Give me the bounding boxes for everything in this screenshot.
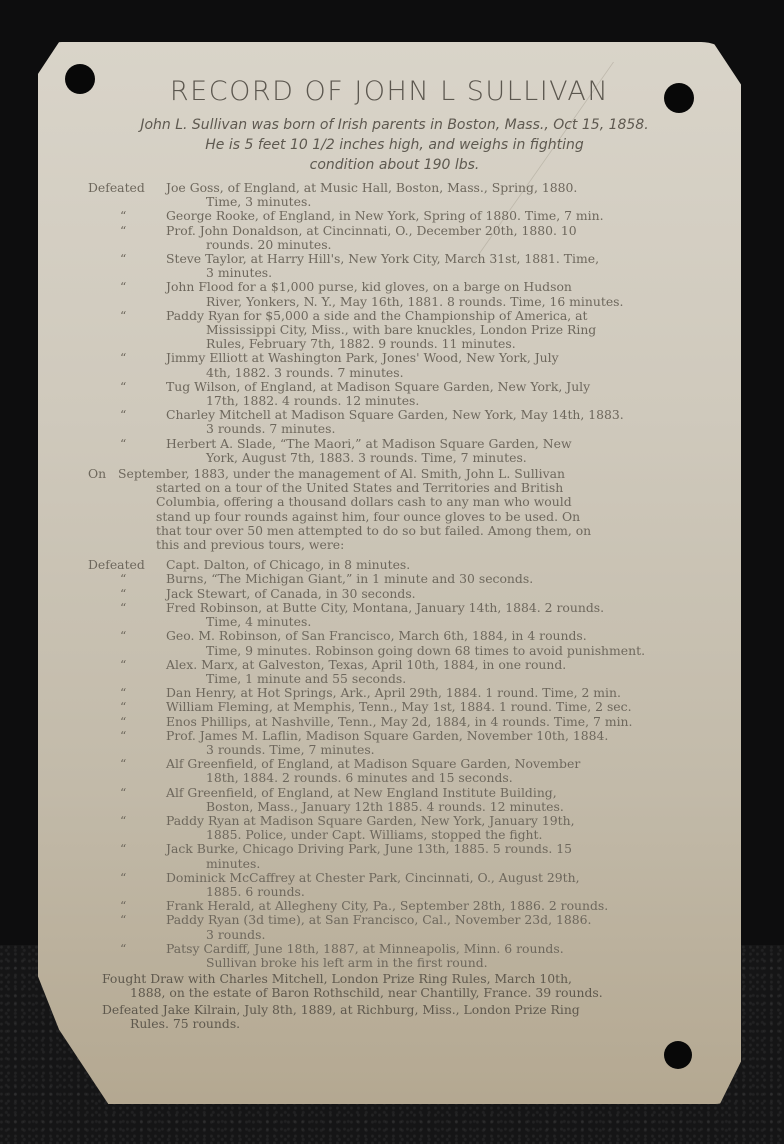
fight-line: Prof. James M. Laflin, Madison Square Ga… <box>166 728 608 743</box>
ditto-mark: “ <box>88 700 166 714</box>
fight-line: Dominick McCaffrey at Chester Park, Cinc… <box>166 870 580 885</box>
fight-line: Alf Greenfield, of England, at New Engla… <box>166 785 557 800</box>
fight-line-cont: York, August 7th, 1883. 3 rounds. Time, … <box>166 451 702 465</box>
fight-entry: “ Jimmy Elliott at Washington Park, Jone… <box>88 351 702 379</box>
ditto-mark: “ <box>88 587 166 601</box>
fight-entry: “ Fred Robinson, at Butte City, Montana,… <box>88 601 702 629</box>
fight-line-cont: Time, 4 minutes. <box>166 615 702 629</box>
fight-line-cont: Time, 1 minute and 55 seconds. <box>166 672 702 686</box>
fight-line: Prof. John Donaldson, at Cincinnati, O.,… <box>166 223 577 238</box>
fight-line-cont: 4th, 1882. 3 rounds. 7 minutes. <box>166 366 702 380</box>
ditto-mark: “ <box>88 842 166 856</box>
fight-line: George Rooke, of England, in New York, S… <box>166 208 604 223</box>
fight-entry: “ Paddy Ryan for $5,000 a side and the C… <box>88 309 702 352</box>
fight-line-cont: 3 rounds. <box>166 928 702 942</box>
draw-line-cont: 1888, on the estate of Baron Rothschild,… <box>102 986 702 1000</box>
fight-line: Alex. Marx, at Galveston, Texas, April 1… <box>166 657 566 672</box>
fight-line-cont: Sullivan broke his left arm in the first… <box>166 956 702 970</box>
fight-entry: “ Frank Herald, at Allegheny City, Pa., … <box>88 899 702 913</box>
record-card: RECORD OF JOHN L SULLIVAN John L. Sulliv… <box>38 42 741 1104</box>
fight-entry: “ Prof. John Donaldson, at Cincinnati, O… <box>88 224 702 252</box>
fight-line: Capt. Dalton, of Chicago, in 8 minutes. <box>166 557 410 572</box>
fight-line: Dan Henry, at Hot Springs, Ark., April 2… <box>166 685 621 700</box>
fight-line-cont: 1885. Police, under Capt. Williams, stop… <box>166 828 702 842</box>
intro-line: John L. Sullivan was born of Irish paren… <box>78 115 711 135</box>
fight-line-cont: rounds. 20 minutes. <box>166 238 702 252</box>
paragraph-line: that tour over 50 men attempted to do so… <box>118 524 702 538</box>
ditto-mark: “ <box>88 658 166 672</box>
paragraph-lead: On <box>88 467 118 481</box>
fight-line: Tug Wilson, of England, at Madison Squar… <box>166 379 590 394</box>
ditto-mark: “ <box>88 786 166 800</box>
fight-entry: “ Paddy Ryan (3d time), at San Francisco… <box>88 913 702 941</box>
fight-entry: “ Prof. James M. Laflin, Madison Square … <box>88 729 702 757</box>
fight-entry: “ Charley Mitchell at Madison Square Gar… <box>88 408 702 436</box>
paragraph-line: this and previous tours, were: <box>118 538 702 552</box>
fight-line-cont: 17th, 1882. 4 rounds. 12 minutes. <box>166 394 702 408</box>
ditto-mark: “ <box>88 729 166 743</box>
fight-line: Enos Phillips, at Nashville, Tenn., May … <box>166 714 632 729</box>
fight-entry: “ Dan Henry, at Hot Springs, Ark., April… <box>88 686 702 700</box>
fight-entry: “ William Fleming, at Memphis, Tenn., Ma… <box>88 700 702 714</box>
fight-line-cont: 1885. 6 rounds. <box>166 885 702 899</box>
fight-line: Paddy Ryan at Madison Square Garden, New… <box>166 813 575 828</box>
intro-text: John L. Sullivan was born of Irish paren… <box>78 115 711 175</box>
tour-paragraph: On September, 1883, under the management… <box>88 467 702 552</box>
fight-line-cont: Mississippi City, Miss., with bare knuck… <box>166 323 702 337</box>
fight-entry: “ Alex. Marx, at Galveston, Texas, April… <box>88 658 702 686</box>
fight-line-cont: minutes. <box>166 857 702 871</box>
ditto-mark: “ <box>88 942 166 956</box>
fight-line: Charley Mitchell at Madison Square Garde… <box>166 407 624 422</box>
kilrain-line: Defeated Jake Kilrain, July 8th, 1889, a… <box>102 1002 580 1017</box>
fight-entry: “ Steve Taylor, at Harry Hill's, New Yor… <box>88 252 702 280</box>
fight-line: Jack Stewart, of Canada, in 30 seconds. <box>166 586 416 601</box>
fight-line: Geo. M. Robinson, of San Francisco, Marc… <box>166 628 587 643</box>
fight-entry: “ Jack Burke, Chicago Driving Park, June… <box>88 842 702 870</box>
draw-line: Fought Draw with Charles Mitchell, Londo… <box>102 971 572 986</box>
fight-entry: “ Patsy Cardiff, June 18th, 1887, at Min… <box>88 942 702 970</box>
fight-line: Frank Herald, at Allegheny City, Pa., Se… <box>166 898 608 913</box>
ditto-mark: “ <box>88 871 166 885</box>
card-title: RECORD OF JOHN L SULLIVAN <box>38 76 741 107</box>
ditto-mark: “ <box>88 572 166 586</box>
draw-entry: Fought Draw with Charles Mitchell, Londo… <box>88 972 702 1000</box>
fight-entry: Defeated Capt. Dalton, of Chicago, in 8 … <box>88 558 702 572</box>
fight-line: Joe Goss, of England, at Music Hall, Bos… <box>166 180 577 195</box>
photo-scene: RECORD OF JOHN L SULLIVAN John L. Sulliv… <box>0 0 784 1144</box>
fight-entry: “ George Rooke, of England, in New York,… <box>88 209 702 223</box>
ditto-mark: “ <box>88 715 166 729</box>
ditto-mark: “ <box>88 437 166 451</box>
paragraph-line: Columbia, offering a thousand dollars ca… <box>118 495 702 509</box>
paragraph-line: stand up four rounds against him, four o… <box>118 510 702 524</box>
fight-entry: “ Enos Phillips, at Nashville, Tenn., Ma… <box>88 715 702 729</box>
fight-line: Alf Greenfield, of England, at Madison S… <box>166 756 580 771</box>
ditto-mark: “ <box>88 601 166 615</box>
fight-line-cont: 3 rounds. 7 minutes. <box>166 422 702 436</box>
kilrain-line-cont: Rules. 75 rounds. <box>102 1017 702 1031</box>
ditto-mark: “ <box>88 309 166 323</box>
fight-line: Herbert A. Slade, “The Maori,” at Madiso… <box>166 436 572 451</box>
kilrain-entry: Defeated Jake Kilrain, July 8th, 1889, a… <box>88 1003 702 1031</box>
intro-line: condition about 190 lbs. <box>78 155 711 175</box>
fight-line: John Flood for a $1,000 purse, kid glove… <box>166 279 572 294</box>
fight-line: William Fleming, at Memphis, Tenn., May … <box>166 699 632 714</box>
ditto-mark: “ <box>88 209 166 223</box>
ditto-mark: “ <box>88 252 166 266</box>
intro-line: He is 5 feet 10 1/2 inches high, and wei… <box>78 135 711 155</box>
fight-line-cont: 3 minutes. <box>166 266 702 280</box>
fight-line-cont: 3 rounds. Time, 7 minutes. <box>166 743 702 757</box>
ditto-mark: “ <box>88 814 166 828</box>
ditto-mark: “ <box>88 280 166 294</box>
punch-hole-bottom-right <box>664 1041 692 1069</box>
ditto-mark: “ <box>88 629 166 643</box>
fight-entry: Defeated Joe Goss, of England, at Music … <box>88 181 702 209</box>
fight-line: Jack Burke, Chicago Driving Park, June 1… <box>166 841 572 856</box>
fight-line: Paddy Ryan (3d time), at San Francisco, … <box>166 912 591 927</box>
fight-entry: “ John Flood for a $1,000 purse, kid glo… <box>88 280 702 308</box>
fight-line-cont: Time, 9 minutes. Robinson going down 68 … <box>166 644 702 658</box>
fight-entry: “ Geo. M. Robinson, of San Francisco, Ma… <box>88 629 702 657</box>
fight-entry: “ Alf Greenfield, of England, at New Eng… <box>88 786 702 814</box>
defeated-label: Defeated <box>88 558 166 572</box>
fight-line: Jimmy Elliott at Washington Park, Jones'… <box>166 350 559 365</box>
ditto-mark: “ <box>88 686 166 700</box>
ditto-mark: “ <box>88 351 166 365</box>
fight-line-cont: Time, 3 minutes. <box>166 195 702 209</box>
ditto-mark: “ <box>88 408 166 422</box>
fight-entry: “ Dominick McCaffrey at Chester Park, Ci… <box>88 871 702 899</box>
fight-entry: “ Alf Greenfield, of England, at Madison… <box>88 757 702 785</box>
fight-line: Burns, “The Michigan Giant,” in 1 minute… <box>166 571 533 586</box>
ditto-mark: “ <box>88 380 166 394</box>
defeated-label: Defeated <box>88 181 166 195</box>
fight-line: Patsy Cardiff, June 18th, 1887, at Minne… <box>166 941 564 956</box>
ditto-mark: “ <box>88 224 166 238</box>
fight-entry: “ Burns, “The Michigan Giant,” in 1 minu… <box>88 572 702 586</box>
paragraph-line: started on a tour of the United States a… <box>118 481 702 495</box>
fight-entry: “ Paddy Ryan at Madison Square Garden, N… <box>88 814 702 842</box>
ditto-mark: “ <box>88 899 166 913</box>
fight-line-cont: River, Yonkers, N. Y., May 16th, 1881. 8… <box>166 295 702 309</box>
fight-entry: “ Jack Stewart, of Canada, in 30 seconds… <box>88 587 702 601</box>
fight-entry: “ Tug Wilson, of England, at Madison Squ… <box>88 380 702 408</box>
fight-line-cont: Boston, Mass., January 12th 1885. 4 roun… <box>166 800 702 814</box>
ditto-mark: “ <box>88 757 166 771</box>
fight-entry: “ Herbert A. Slade, “The Maori,” at Madi… <box>88 437 702 465</box>
fight-line: Paddy Ryan for $5,000 a side and the Cha… <box>166 308 587 323</box>
fight-line-cont: Rules, February 7th, 1882. 9 rounds. 11 … <box>166 337 702 351</box>
fight-line: Fred Robinson, at Butte City, Montana, J… <box>166 600 604 615</box>
fight-record: Defeated Joe Goss, of England, at Music … <box>88 181 702 1031</box>
fight-line: Steve Taylor, at Harry Hill's, New York … <box>166 251 599 266</box>
ditto-mark: “ <box>88 913 166 927</box>
paragraph-line: September, 1883, under the management of… <box>118 466 565 481</box>
fight-line-cont: 18th, 1884. 2 rounds. 6 minutes and 15 s… <box>166 771 702 785</box>
